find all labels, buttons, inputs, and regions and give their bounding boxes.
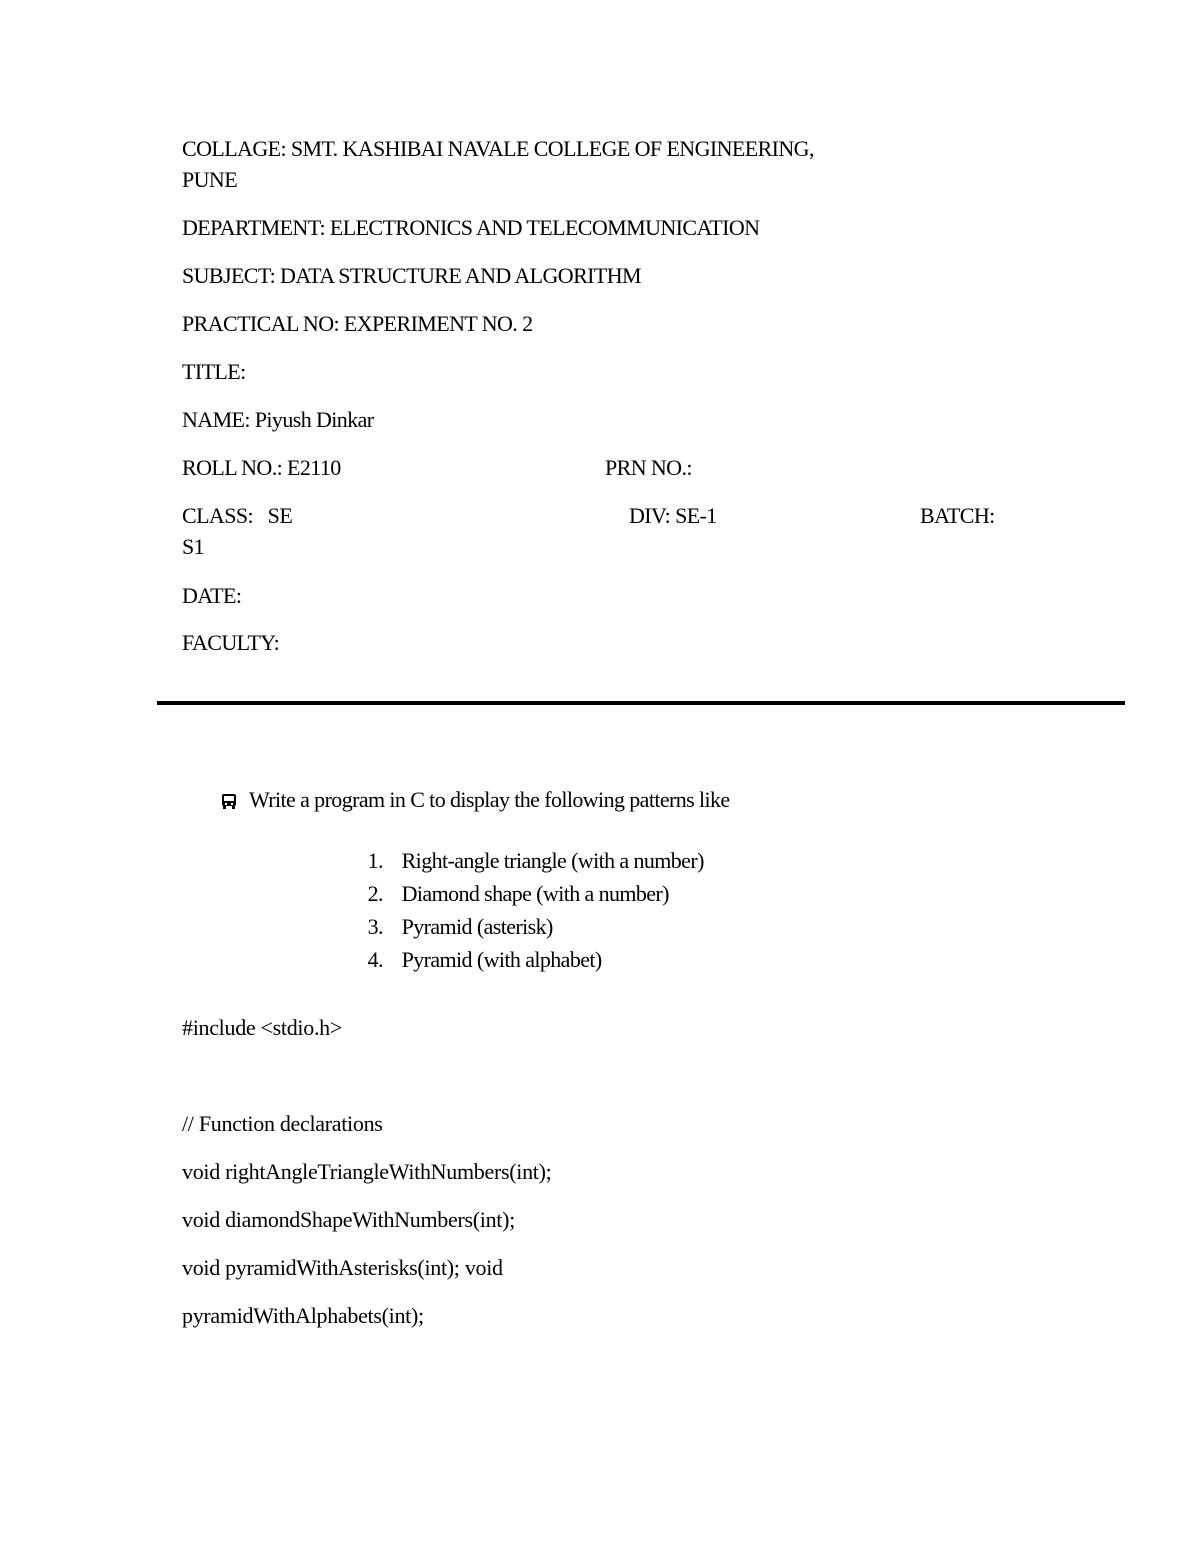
subject-line: SUBJECT: DATA STRUCTURE AND ALGORITHM bbox=[182, 262, 641, 290]
code-line: void diamondShapeWithNumbers(int); bbox=[182, 1206, 515, 1234]
code-include: #include <stdio.h> bbox=[182, 1014, 342, 1042]
practical-line: PRACTICAL NO: EXPERIMENT NO. 2 bbox=[182, 310, 533, 338]
code-line: void rightAngleTriangleWithNumbers(int); bbox=[182, 1158, 551, 1186]
horizontal-divider bbox=[157, 701, 1125, 705]
roll-number: ROLL NO.: E2110 bbox=[182, 454, 341, 482]
prn-number: PRN NO.: bbox=[605, 454, 692, 482]
batch-label: BATCH: bbox=[920, 502, 995, 530]
code-line: pyramidWithAlphabets(int); bbox=[182, 1302, 424, 1330]
college-city: PUNE bbox=[182, 166, 237, 194]
list-label: Pyramid (with alphabet) bbox=[402, 947, 602, 972]
bus-icon bbox=[220, 791, 238, 809]
name-line: NAME: Piyush Dinkar bbox=[182, 406, 374, 434]
task-description: Write a program in C to display the foll… bbox=[249, 786, 730, 814]
department-line: DEPARTMENT: ELECTRONICS AND TELECOMMUNIC… bbox=[182, 214, 759, 242]
college-line: COLLAGE: SMT. KASHIBAI NAVALE COLLEGE OF… bbox=[182, 135, 814, 163]
batch-value: S1 bbox=[182, 533, 204, 561]
date-line: DATE: bbox=[182, 582, 241, 610]
code-line: void pyramidWithAsterisks(int); void bbox=[182, 1254, 503, 1282]
list-number: 4. bbox=[368, 946, 402, 974]
title-line: TITLE: bbox=[182, 358, 246, 386]
class-line: CLASS: SE bbox=[182, 502, 292, 530]
code-comment: // Function declarations bbox=[182, 1110, 383, 1138]
division: DIV: SE-1 bbox=[629, 502, 717, 530]
faculty-line: FACULTY: bbox=[182, 629, 279, 657]
list-item: 4.Pyramid (with alphabet) bbox=[348, 918, 602, 1002]
